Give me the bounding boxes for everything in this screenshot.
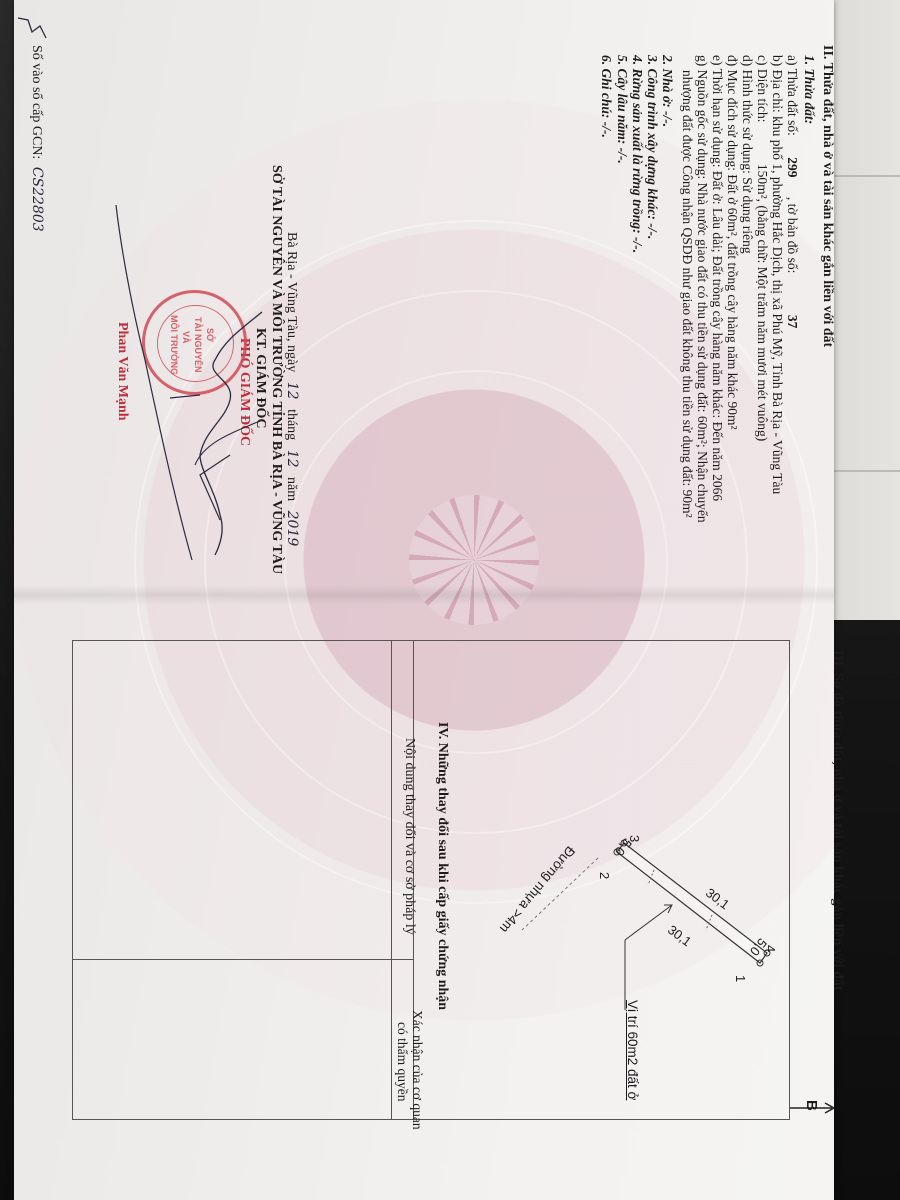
section-iv-title: IV. Những thay đổi sau khi cấp giấy chứn… <box>434 722 450 1010</box>
table-col-content-header: Nội dung thay đổi và cơ sở pháp lý <box>401 738 417 935</box>
changes-table <box>72 640 790 1120</box>
table-column-header-divider <box>391 641 392 1119</box>
table-col-confirm-header-cont: có thẩm quyền <box>394 1022 410 1101</box>
table-col-divider <box>73 959 413 960</box>
table-col-confirm-header: Xác nhận của cơ quan <box>409 1010 425 1130</box>
north-arrow-label: B <box>803 1100 820 1111</box>
